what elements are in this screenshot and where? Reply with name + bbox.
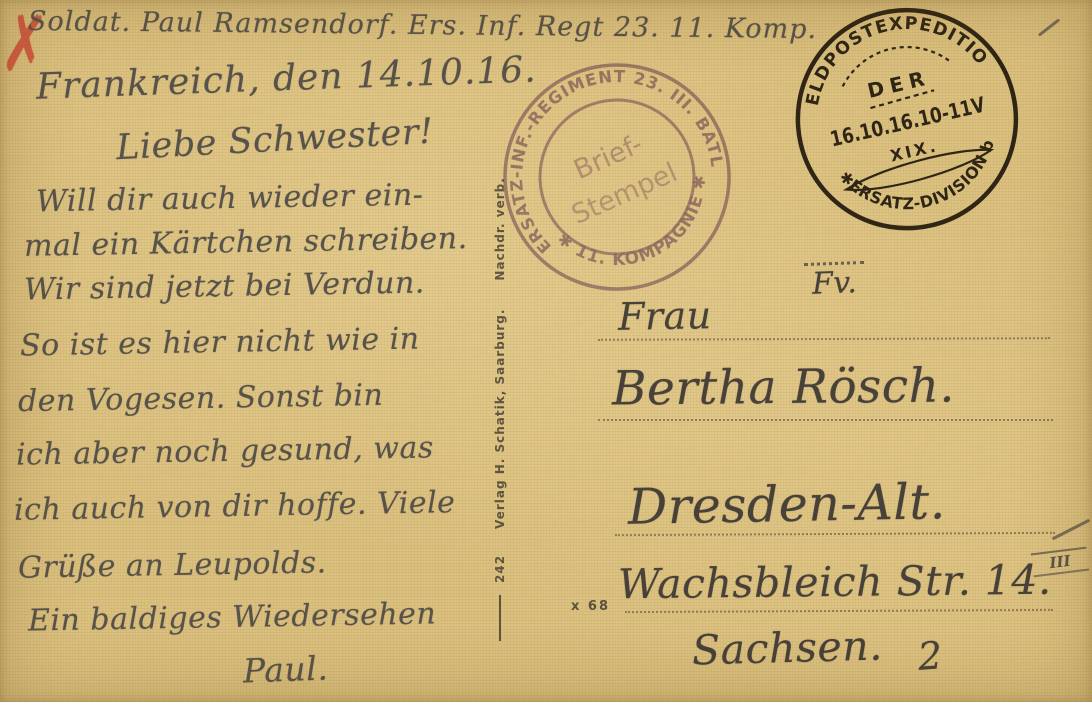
address-ruled-line xyxy=(598,419,1053,421)
date-line: Frankreich, den 14.10.16. xyxy=(35,49,537,107)
signature: Paul. xyxy=(242,649,329,691)
pencil-mark-two: 2 xyxy=(916,633,944,679)
address-ruled-line xyxy=(625,609,1053,613)
message-line: Grüße an Leupolds. xyxy=(18,545,327,585)
imprint-rule xyxy=(499,595,501,641)
sender-line: Soldat. Paul Ramsendorf. Ers. Inf. Regt … xyxy=(28,6,817,45)
imprint-number: 242 xyxy=(493,555,507,583)
message-line: ich aber noch gesund, was xyxy=(16,430,434,472)
address-ruled-line xyxy=(598,337,1050,341)
address-city: Dresden-Alt. xyxy=(628,473,947,536)
postmark-stamp-icon: FELDPOSTEXPEDITION DER 16.10.16.10-11V X… xyxy=(767,0,1049,260)
message-line: ich auch von dir hoffe. Viele xyxy=(14,485,456,528)
pencil-stroke xyxy=(1052,519,1091,541)
postmark-der: DER xyxy=(865,65,932,103)
imprint-publisher: Verlag H. Schatik, Saarburg. xyxy=(493,309,507,529)
pencil-stroke xyxy=(1038,18,1060,36)
message-line: So ist es hier nicht wie in xyxy=(20,322,420,364)
greeting-line: Liebe Schwester! xyxy=(115,112,434,169)
print-code: x 68 xyxy=(571,599,610,614)
message-line: Will dir auch wieder ein- xyxy=(36,178,424,220)
pencil-mark-roman: III xyxy=(1031,547,1090,578)
message-line: Wir sind jetzt bei Verdun. xyxy=(24,266,425,308)
message-line: mal ein Kärtchen schreiben. xyxy=(24,221,468,264)
message-line: den Vogesen. Sonst bin xyxy=(18,378,384,419)
postcard-back-scan: ✗ Soldat. Paul Ramsendorf. Ers. Inf. Reg… xyxy=(0,0,1092,702)
publisher-imprint: 242 Verlag H. Schatik, Saarburg. Nachdr.… xyxy=(491,241,509,641)
postmark-svg: FELDPOSTEXPEDITION DER 16.10.16.10-11V X… xyxy=(767,0,1049,260)
franchise-note: Fv. xyxy=(811,265,857,302)
address-recipient-name: Bertha Rösch. xyxy=(612,359,955,417)
address-street: Wachsbleich Str. 14. xyxy=(618,556,1052,609)
message-line: Ein baldiges Wiedersehen xyxy=(28,596,437,638)
address-region: Sachsen. xyxy=(691,622,883,675)
